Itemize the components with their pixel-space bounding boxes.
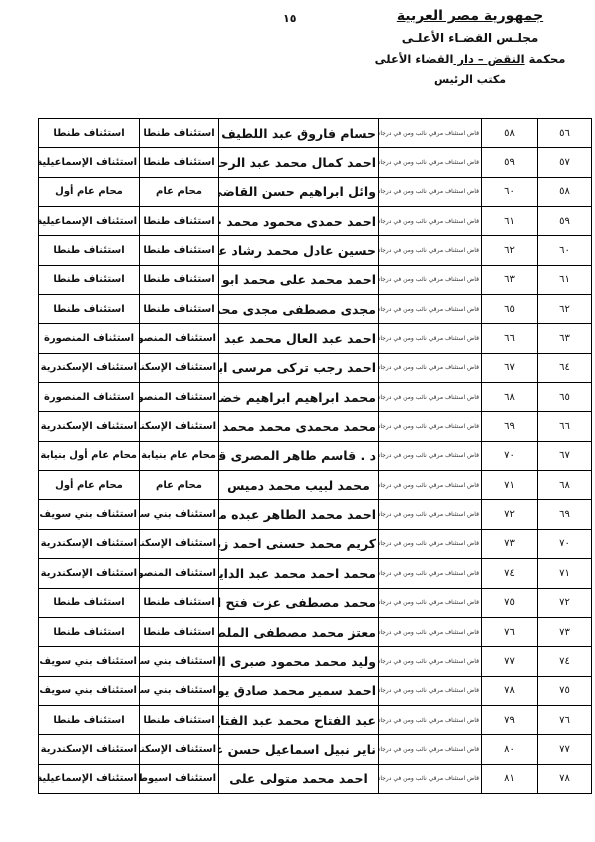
serial-number-cell: ٧٠: [538, 529, 592, 558]
secondary-number-cell: ٦٥: [482, 295, 538, 324]
secondary-number-cell: ٧٨: [482, 676, 538, 705]
judge-name-cell: احمد محمد متولى على: [219, 764, 379, 793]
current-court-cell: محام عام: [140, 471, 219, 500]
new-court-cell: استئناف الإسماعيلية: [39, 148, 140, 177]
header-court-title: محكمة النقض – دار القضاء الأعلى: [355, 52, 585, 66]
judge-name-cell: كريم محمد حسنى احمد زيان: [219, 529, 379, 558]
serial-number-cell: ٥٩: [538, 207, 592, 236]
secondary-number-cell: ٨١: [482, 764, 538, 793]
new-court-cell: استئناف طنطا: [39, 119, 140, 148]
new-court-cell: استئناف بني سويف: [39, 676, 140, 705]
header-council-title: مجلـس القضـاء الأعلـى: [355, 31, 585, 45]
secondary-number-cell: ٥٩: [482, 148, 538, 177]
serial-number-cell: ٧٣: [538, 617, 592, 646]
judge-name-cell: وائل ابراهيم حسن القاضى: [219, 177, 379, 206]
judge-name-cell: وليد محمد محمود صبرى البكباشى: [219, 647, 379, 676]
table-row: ٧٧ ٨٠ قاض استئناف مرقي نائب ومن في درجات…: [39, 735, 592, 764]
current-court-cell: استئناف بني سويف: [140, 676, 219, 705]
table-row: ٧٥ ٧٨ قاض استئناف مرقي نائب ومن في درجات…: [39, 676, 592, 705]
table-row: ٦٢ ٦٥ قاض استئناف مرقي نائب ومن في درجات…: [39, 295, 592, 324]
role-title-cell: قاض استئناف مرقي نائب ومن في درجاتهم: [379, 412, 482, 441]
role-title-cell: قاض استئناف مرقي نائب ومن في درجاتهم: [379, 265, 482, 294]
page-number: ١٥: [283, 12, 296, 25]
judge-name-cell: احمد محمد الطاهر عبده مراد: [219, 500, 379, 529]
document-page: جمهورية مصر العربية مجلـس القضـاء الأعلـ…: [0, 0, 595, 842]
secondary-number-cell: ٥٨: [482, 119, 538, 148]
judge-name-cell: احمد سمير محمد صادق يوسف: [219, 676, 379, 705]
new-court-cell: استئناف طنطا: [39, 705, 140, 734]
new-court-cell: استئناف الإسكندرية: [39, 353, 140, 382]
table-row: ٦٤ ٦٧ قاض استئناف مرقي نائب ومن في درجات…: [39, 353, 592, 382]
current-court-cell: استئناف طنطا: [140, 148, 219, 177]
serial-number-cell: ٧١: [538, 559, 592, 588]
table-row: ٧١ ٧٤ قاض استئناف مرقي نائب ومن في درجات…: [39, 559, 592, 588]
current-court-cell: استئناف طنطا: [140, 119, 219, 148]
judge-name-cell: مجدى مصطفى مجدى محمد هرجه: [219, 295, 379, 324]
judge-name-cell: معتز محمد مصطفى الملط: [219, 617, 379, 646]
current-court-cell: استئناف الإسكندرية: [140, 353, 219, 382]
new-court-cell: محام عام أول: [39, 177, 140, 206]
new-court-cell: محام عام أول: [39, 471, 140, 500]
judge-name-cell: احمد حمدى محمود محمد حسن: [219, 207, 379, 236]
new-court-cell: استئناف بني سويف: [39, 647, 140, 676]
header-country-title: جمهورية مصر العربية: [355, 8, 585, 24]
table-row: ٦٦ ٦٩ قاض استئناف مرقي نائب ومن في درجات…: [39, 412, 592, 441]
secondary-number-cell: ٦١: [482, 207, 538, 236]
serial-number-cell: ٧٦: [538, 705, 592, 734]
judge-name-cell: ناير نبيل اسماعيل حسن عمر: [219, 735, 379, 764]
role-title-cell: قاض استئناف مرقي نائب ومن في درجاتهم: [379, 647, 482, 676]
table-row: ٥٦ ٥٨ قاض استئناف مرقي نائب ومن في درجات…: [39, 119, 592, 148]
table-row: ٥٨ ٦٠ قاض استئناف مرقي نائب ومن في درجات…: [39, 177, 592, 206]
secondary-number-cell: ٧٤: [482, 559, 538, 588]
current-court-cell: استئناف الإسكندرية: [140, 412, 219, 441]
new-court-cell: استئناف المنصورة: [39, 324, 140, 353]
new-court-cell: استئناف الإسماعيلية: [39, 764, 140, 793]
table-row: ٧٨ ٨١ قاض استئناف مرقي نائب ومن في درجات…: [39, 764, 592, 793]
new-court-cell: استئناف الإسكندرية: [39, 735, 140, 764]
role-title-cell: قاض استئناف مرقي نائب ومن في درجاتهم: [379, 236, 482, 265]
judge-name-cell: احمد كمال محمد عبد الرحمن: [219, 148, 379, 177]
new-court-cell: استئناف طنطا: [39, 236, 140, 265]
judge-name-cell: محمد لبيب محمد دميس: [219, 471, 379, 500]
current-court-cell: استئناف الإسكندرية: [140, 735, 219, 764]
judge-name-cell: محمد ابراهيم ابراهيم خضير: [219, 383, 379, 412]
table-row: ٥٧ ٥٩ قاض استئناف مرقي نائب ومن في درجات…: [39, 148, 592, 177]
header-court-prefix: محكمة: [525, 52, 566, 66]
serial-number-cell: ٥٨: [538, 177, 592, 206]
current-court-cell: استئناف طنطا: [140, 265, 219, 294]
current-court-cell: استئناف الإسكندرية: [140, 529, 219, 558]
current-court-cell: استئناف المنصورة: [140, 559, 219, 588]
new-court-cell: استئناف طنطا: [39, 617, 140, 646]
role-title-cell: قاض استئناف مرقي نائب ومن في درجاتهم: [379, 705, 482, 734]
judges-table: ٥٦ ٥٨ قاض استئناف مرقي نائب ومن في درجات…: [38, 118, 592, 794]
secondary-number-cell: ٧٦: [482, 617, 538, 646]
current-court-cell: استئناف طنطا: [140, 236, 219, 265]
serial-number-cell: ٥٦: [538, 119, 592, 148]
judges-table-body: ٥٦ ٥٨ قاض استئناف مرقي نائب ومن في درجات…: [39, 119, 592, 794]
new-court-cell: استئناف الإسماعيلية: [39, 207, 140, 236]
serial-number-cell: ٦٨: [538, 471, 592, 500]
serial-number-cell: ٧٤: [538, 647, 592, 676]
new-court-cell: استئناف طنطا: [39, 295, 140, 324]
document-header: جمهورية مصر العربية مجلـس القضـاء الأعلـ…: [355, 8, 585, 86]
role-title-cell: قاض استئناف مرقي نائب ومن في درجاتهم: [379, 471, 482, 500]
serial-number-cell: ٦٤: [538, 353, 592, 382]
secondary-number-cell: ٦٣: [482, 265, 538, 294]
new-court-cell: استئناف بني سويف: [39, 500, 140, 529]
header-court-underlined: النقض – دار: [453, 52, 524, 66]
serial-number-cell: ٦٩: [538, 500, 592, 529]
role-title-cell: قاض استئناف مرقي نائب ومن في درجاتهم: [379, 295, 482, 324]
current-court-cell: استئناف طنطا: [140, 617, 219, 646]
table-row: ٥٩ ٦١ قاض استئناف مرقي نائب ومن في درجات…: [39, 207, 592, 236]
table-row: ٦٣ ٦٦ قاض استئناف مرقي نائب ومن في درجات…: [39, 324, 592, 353]
serial-number-cell: ٧٧: [538, 735, 592, 764]
judge-name-cell: احمد محمد على محمد ابو العمايم: [219, 265, 379, 294]
serial-number-cell: ٦٢: [538, 295, 592, 324]
new-court-cell: استئناف طنطا: [39, 588, 140, 617]
table-row: ٧٠ ٧٣ قاض استئناف مرقي نائب ومن في درجات…: [39, 529, 592, 558]
secondary-number-cell: ٦٧: [482, 353, 538, 382]
serial-number-cell: ٧٢: [538, 588, 592, 617]
secondary-number-cell: ٧١: [482, 471, 538, 500]
current-court-cell: استئناف طنطا: [140, 207, 219, 236]
serial-number-cell: ٦٣: [538, 324, 592, 353]
table-row: ٦٥ ٦٨ قاض استئناف مرقي نائب ومن في درجات…: [39, 383, 592, 412]
role-title-cell: قاض استئناف مرقي نائب ومن في درجاتهم: [379, 676, 482, 705]
role-title-cell: قاض استئناف مرقي نائب ومن في درجاتهم: [379, 207, 482, 236]
secondary-number-cell: ٦٨: [482, 383, 538, 412]
serial-number-cell: ٦٦: [538, 412, 592, 441]
new-court-cell: استئناف طنطا: [39, 265, 140, 294]
secondary-number-cell: ٨٠: [482, 735, 538, 764]
table-row: ٧٤ ٧٧ قاض استئناف مرقي نائب ومن في درجات…: [39, 647, 592, 676]
secondary-number-cell: ٦٢: [482, 236, 538, 265]
role-title-cell: قاض استئناف مرقي نائب ومن في درجاتهم: [379, 735, 482, 764]
table-row: ٧٣ ٧٦ قاض استئناف مرقي نائب ومن في درجات…: [39, 617, 592, 646]
judge-name-cell: احمد عبد العال محمد عبد العال: [219, 324, 379, 353]
serial-number-cell: ٥٧: [538, 148, 592, 177]
new-court-cell: استئناف الإسكندرية: [39, 529, 140, 558]
secondary-number-cell: ٦٦: [482, 324, 538, 353]
serial-number-cell: ٦٠: [538, 236, 592, 265]
judge-name-cell: حسين عادل محمد رشاد عبد العزيز: [219, 236, 379, 265]
table-row: ٧٢ ٧٥ قاض استئناف مرقي نائب ومن في درجات…: [39, 588, 592, 617]
current-court-cell: استئناف المنصورة: [140, 324, 219, 353]
secondary-number-cell: ٦٠: [482, 177, 538, 206]
new-court-cell: استئناف المنصورة: [39, 383, 140, 412]
role-title-cell: قاض استئناف مرقي نائب ومن في درجاتهم: [379, 383, 482, 412]
judge-name-cell: حسام فاروق عبد اللطيف الدسوقى: [219, 119, 379, 148]
secondary-number-cell: ٧٠: [482, 441, 538, 470]
current-court-cell: محام عام: [140, 177, 219, 206]
current-court-cell: استئناف بني سويف: [140, 647, 219, 676]
secondary-number-cell: ٦٩: [482, 412, 538, 441]
table-row: ٧٦ ٧٩ قاض استئناف مرقي نائب ومن في درجات…: [39, 705, 592, 734]
role-title-cell: قاض استئناف مرقي نائب ومن في درجاتهم: [379, 617, 482, 646]
role-title-cell: قاض استئناف مرقي نائب ومن في درجاتهم: [379, 588, 482, 617]
current-court-cell: استئناف طنطا: [140, 705, 219, 734]
secondary-number-cell: ٧٧: [482, 647, 538, 676]
serial-number-cell: ٦٧: [538, 441, 592, 470]
role-title-cell: قاض استئناف مرقي نائب ومن في درجاتهم: [379, 353, 482, 382]
current-court-cell: استئناف طنطا: [140, 295, 219, 324]
new-court-cell: محام عام أول بنيابة النقض: [39, 441, 140, 470]
secondary-number-cell: ٧٢: [482, 500, 538, 529]
secondary-number-cell: ٧٣: [482, 529, 538, 558]
serial-number-cell: ٧٨: [538, 764, 592, 793]
serial-number-cell: ٦١: [538, 265, 592, 294]
table-row: ٦٩ ٧٢ قاض استئناف مرقي نائب ومن في درجات…: [39, 500, 592, 529]
current-court-cell: استئناف اسيوط: [140, 764, 219, 793]
role-title-cell: قاض استئناف مرقي نائب ومن في درجاتهم: [379, 148, 482, 177]
table-row: ٦٧ ٧٠ قاض استئناف مرقي نائب ومن في درجات…: [39, 441, 592, 470]
new-court-cell: استئناف الإسكندرية: [39, 559, 140, 588]
judge-name-cell: د . قاسم طاهر المصرى قاسم: [219, 441, 379, 470]
new-court-cell: استئناف الإسكندرية: [39, 412, 140, 441]
judge-name-cell: محمد مصطفى عزت فتح الله عبد الغفار: [219, 588, 379, 617]
table-row: ٦٨ ٧١ قاض استئناف مرقي نائب ومن في درجات…: [39, 471, 592, 500]
judge-name-cell: احمد رجب تركى مرسى ابو زهره: [219, 353, 379, 382]
role-title-cell: قاض استئناف مرقي نائب ومن في درجاتهم: [379, 119, 482, 148]
serial-number-cell: ٧٥: [538, 676, 592, 705]
table-row: ٦١ ٦٣ قاض استئناف مرقي نائب ومن في درجات…: [39, 265, 592, 294]
judge-name-cell: عبد الفتاح محمد عبد الفتاح السيد على: [219, 705, 379, 734]
role-title-cell: قاض استئناف مرقي نائب ومن في درجاتهم: [379, 324, 482, 353]
judge-name-cell: محمد محمدى محمد محمد ماجور: [219, 412, 379, 441]
role-title-cell: قاض استئناف مرقي نائب ومن في درجاتهم: [379, 764, 482, 793]
secondary-number-cell: ٧٩: [482, 705, 538, 734]
current-court-cell: استئناف المنصورة: [140, 383, 219, 412]
current-court-cell: استئناف طنطا: [140, 588, 219, 617]
header-office-title: مكتب الرئيس: [355, 73, 585, 86]
header-court-suffix: القضاء الأعلى: [375, 52, 454, 66]
role-title-cell: قاض استئناف مرقي نائب ومن في درجاتهم: [379, 529, 482, 558]
secondary-number-cell: ٧٥: [482, 588, 538, 617]
role-title-cell: قاض استئناف مرقي نائب ومن في درجاتهم: [379, 441, 482, 470]
role-title-cell: قاض استئناف مرقي نائب ومن في درجاتهم: [379, 500, 482, 529]
judge-name-cell: محمد احمد محمد عبد الدايم: [219, 559, 379, 588]
current-court-cell: محام عام بنيابة النقض: [140, 441, 219, 470]
role-title-cell: قاض استئناف مرقي نائب ومن في درجاتهم: [379, 559, 482, 588]
role-title-cell: قاض استئناف مرقي نائب ومن في درجاتهم: [379, 177, 482, 206]
serial-number-cell: ٦٥: [538, 383, 592, 412]
table-row: ٦٠ ٦٢ قاض استئناف مرقي نائب ومن في درجات…: [39, 236, 592, 265]
current-court-cell: استئناف بني سويف: [140, 500, 219, 529]
